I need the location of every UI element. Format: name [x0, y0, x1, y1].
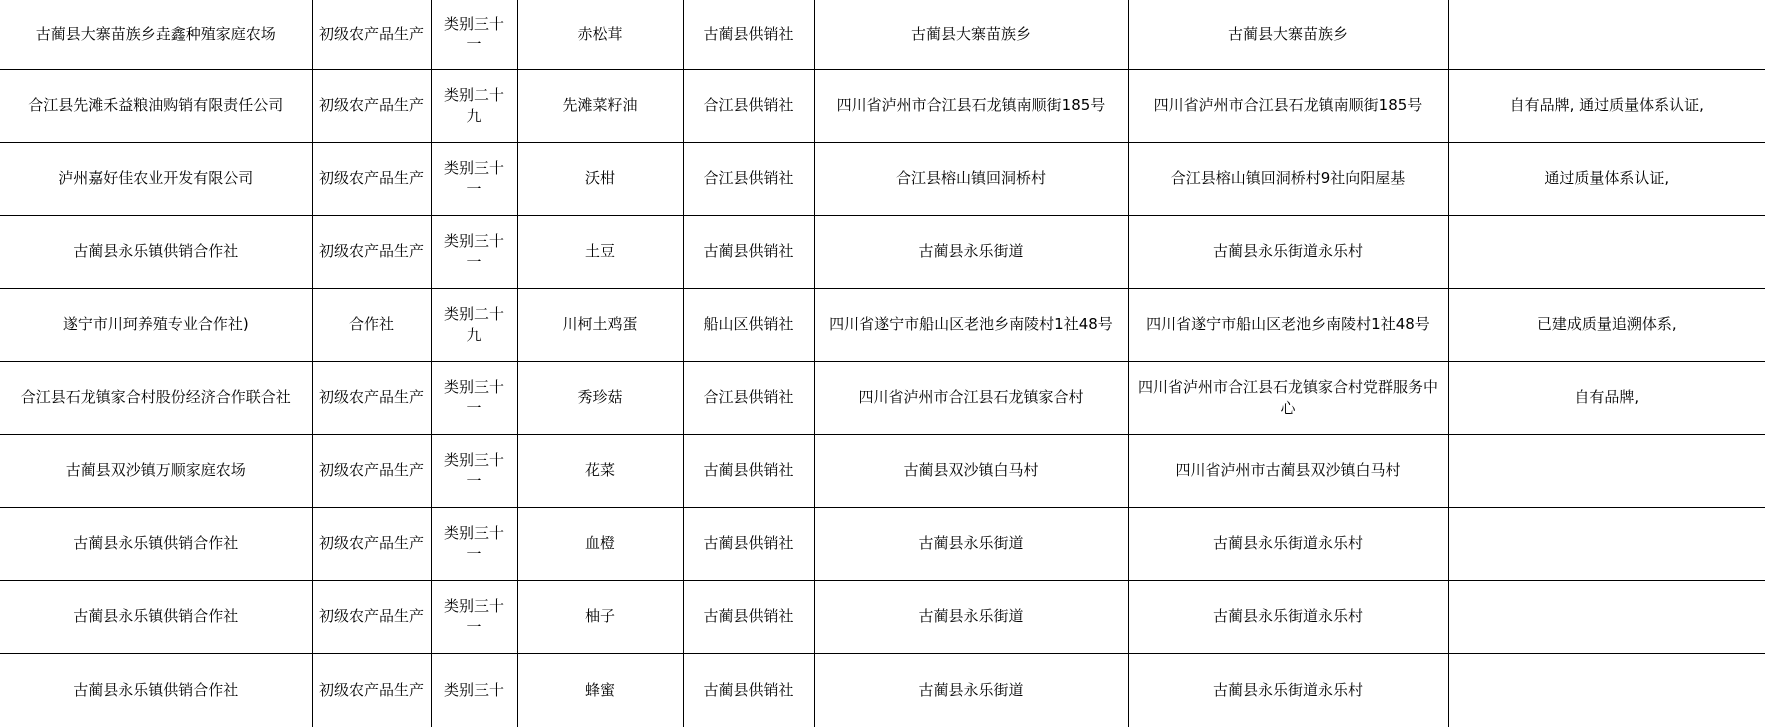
table-viewport: 古蔺县大寨苗族乡垚鑫种殖家庭农场 初级农产品生产 类别三十一 赤松茸 古蔺县供销… [0, 0, 1765, 727]
table-cell-production-type: 初级农产品生产 [312, 434, 431, 507]
table-cell-remarks [1448, 434, 1765, 507]
table-cell-producer-name: 合江县石龙镇家合村股份经济合作联合社 [0, 361, 312, 434]
table-cell-producer-name: 遂宁市川珂养殖专业合作社) [0, 288, 312, 361]
table-row: 合江县先滩禾益粮油购销有限责任公司 初级农产品生产 类别二十九 先滩菜籽油 合江… [0, 69, 1765, 142]
table-cell-production-type: 初级农产品生产 [312, 69, 431, 142]
table-row: 古蔺县永乐镇供销合作社 初级农产品生产 类别三十一 土豆 古蔺县供销社 古蔺县永… [0, 215, 1765, 288]
table-cell-category: 类别三十一 [431, 215, 517, 288]
table-cell-production-type: 初级农产品生产 [312, 0, 431, 69]
table-cell-producer-name: 古蔺县永乐镇供销合作社 [0, 215, 312, 288]
table-row: 古蔺县双沙镇万顺家庭农场 初级农产品生产 类别三十一 花菜 古蔺县供销社 古蔺县… [0, 434, 1765, 507]
table-cell-coop-society: 古蔺县供销社 [683, 653, 814, 727]
table-cell-coop-society: 合江县供销社 [683, 69, 814, 142]
table-cell-category: 类别三十一 [431, 507, 517, 580]
table-cell-production-type: 初级农产品生产 [312, 142, 431, 215]
table-cell-category: 类别三十一 [431, 361, 517, 434]
table-cell-detailed-address: 合江县榕山镇回洞桥村9社向阳屋基 [1128, 142, 1448, 215]
table-cell-category: 类别三十一 [431, 580, 517, 653]
table-cell-production-type: 初级农产品生产 [312, 215, 431, 288]
table-cell-address: 古蔺县永乐街道 [814, 507, 1128, 580]
table-cell-detailed-address: 古蔺县永乐街道永乐村 [1128, 215, 1448, 288]
table-cell-detailed-address: 古蔺县永乐街道永乐村 [1128, 653, 1448, 727]
producers-table: 古蔺县大寨苗族乡垚鑫种殖家庭农场 初级农产品生产 类别三十一 赤松茸 古蔺县供销… [0, 0, 1765, 727]
table-row: 古蔺县大寨苗族乡垚鑫种殖家庭农场 初级农产品生产 类别三十一 赤松茸 古蔺县供销… [0, 0, 1765, 69]
table-cell-category: 类别二十九 [431, 288, 517, 361]
table-row: 遂宁市川珂养殖专业合作社) 合作社 类别二十九 川柯土鸡蛋 船山区供销社 四川省… [0, 288, 1765, 361]
table-cell-detailed-address: 古蔺县永乐街道永乐村 [1128, 580, 1448, 653]
table-cell-producer-name: 古蔺县大寨苗族乡垚鑫种殖家庭农场 [0, 0, 312, 69]
table-cell-address: 合江县榕山镇回洞桥村 [814, 142, 1128, 215]
table-cell-producer-name: 古蔺县永乐镇供销合作社 [0, 653, 312, 727]
table-cell-remarks [1448, 0, 1765, 69]
table-row: 古蔺县永乐镇供销合作社 初级农产品生产 类别三十一 柚子 古蔺县供销社 古蔺县永… [0, 580, 1765, 653]
table-cell-address: 古蔺县永乐街道 [814, 653, 1128, 727]
table-cell-remarks [1448, 653, 1765, 727]
table-cell-detailed-address: 古蔺县永乐街道永乐村 [1128, 507, 1448, 580]
table-cell-producer-name: 古蔺县永乐镇供销合作社 [0, 580, 312, 653]
table-row: 古蔺县永乐镇供销合作社 初级农产品生产 类别三十一 血橙 古蔺县供销社 古蔺县永… [0, 507, 1765, 580]
table-cell-producer-name: 古蔺县双沙镇万顺家庭农场 [0, 434, 312, 507]
table-cell-coop-society: 合江县供销社 [683, 361, 814, 434]
table-cell-coop-society: 合江县供销社 [683, 142, 814, 215]
table-cell-production-type: 初级农产品生产 [312, 361, 431, 434]
table-cell-remarks: 自有品牌, [1448, 361, 1765, 434]
table-cell-address: 四川省遂宁市船山区老池乡南陵村1社48号 [814, 288, 1128, 361]
table-cell-coop-society: 船山区供销社 [683, 288, 814, 361]
table-cell-category: 类别三十 [431, 653, 517, 727]
table-cell-product: 蜂蜜 [517, 653, 683, 727]
table-cell-category: 类别二十九 [431, 69, 517, 142]
table-cell-remarks: 已建成质量追溯体系, [1448, 288, 1765, 361]
table-cell-remarks: 自有品牌, 通过质量体系认证, [1448, 69, 1765, 142]
table-cell-address: 古蔺县双沙镇白马村 [814, 434, 1128, 507]
table-cell-category: 类别三十一 [431, 0, 517, 69]
table-cell-detailed-address: 四川省遂宁市船山区老池乡南陵村1社48号 [1128, 288, 1448, 361]
table-cell-production-type: 初级农产品生产 [312, 580, 431, 653]
table-cell-category: 类别三十一 [431, 434, 517, 507]
table-cell-remarks: 通过质量体系认证, [1448, 142, 1765, 215]
table-cell-production-type: 合作社 [312, 288, 431, 361]
table-cell-remarks [1448, 580, 1765, 653]
table-cell-product: 秀珍菇 [517, 361, 683, 434]
table-cell-product: 沃柑 [517, 142, 683, 215]
table-cell-address: 四川省泸州市合江县石龙镇家合村 [814, 361, 1128, 434]
table-cell-remarks [1448, 215, 1765, 288]
table-cell-product: 花菜 [517, 434, 683, 507]
table-cell-production-type: 初级农产品生产 [312, 653, 431, 727]
table-cell-detailed-address: 四川省泸州市合江县石龙镇家合村党群服务中心 [1128, 361, 1448, 434]
table-cell-address: 四川省泸州市合江县石龙镇南顺街185号 [814, 69, 1128, 142]
table-cell-detailed-address: 四川省泸州市古蔺县双沙镇白马村 [1128, 434, 1448, 507]
table-cell-producer-name: 泸州嘉好佳农业开发有限公司 [0, 142, 312, 215]
table-cell-address: 古蔺县大寨苗族乡 [814, 0, 1128, 69]
table-cell-coop-society: 古蔺县供销社 [683, 215, 814, 288]
table-cell-address: 古蔺县永乐街道 [814, 580, 1128, 653]
table-cell-production-type: 初级农产品生产 [312, 507, 431, 580]
table-cell-coop-society: 古蔺县供销社 [683, 507, 814, 580]
table-cell-coop-society: 古蔺县供销社 [683, 434, 814, 507]
table-row: 合江县石龙镇家合村股份经济合作联合社 初级农产品生产 类别三十一 秀珍菇 合江县… [0, 361, 1765, 434]
table-cell-category: 类别三十一 [431, 142, 517, 215]
table-cell-detailed-address: 四川省泸州市合江县石龙镇南顺街185号 [1128, 69, 1448, 142]
table-cell-product: 柚子 [517, 580, 683, 653]
table-row: 泸州嘉好佳农业开发有限公司 初级农产品生产 类别三十一 沃柑 合江县供销社 合江… [0, 142, 1765, 215]
table-cell-product: 土豆 [517, 215, 683, 288]
table-cell-product: 先滩菜籽油 [517, 69, 683, 142]
table-cell-producer-name: 古蔺县永乐镇供销合作社 [0, 507, 312, 580]
table-cell-product: 川柯土鸡蛋 [517, 288, 683, 361]
table-cell-detailed-address: 古蔺县大寨苗族乡 [1128, 0, 1448, 69]
table-cell-address: 古蔺县永乐街道 [814, 215, 1128, 288]
table-cell-coop-society: 古蔺县供销社 [683, 0, 814, 69]
table-row: 古蔺县永乐镇供销合作社 初级农产品生产 类别三十 蜂蜜 古蔺县供销社 古蔺县永乐… [0, 653, 1765, 727]
table-cell-producer-name: 合江县先滩禾益粮油购销有限责任公司 [0, 69, 312, 142]
table-cell-coop-society: 古蔺县供销社 [683, 580, 814, 653]
table-cell-product: 血橙 [517, 507, 683, 580]
table-cell-remarks [1448, 507, 1765, 580]
table-cell-product: 赤松茸 [517, 0, 683, 69]
